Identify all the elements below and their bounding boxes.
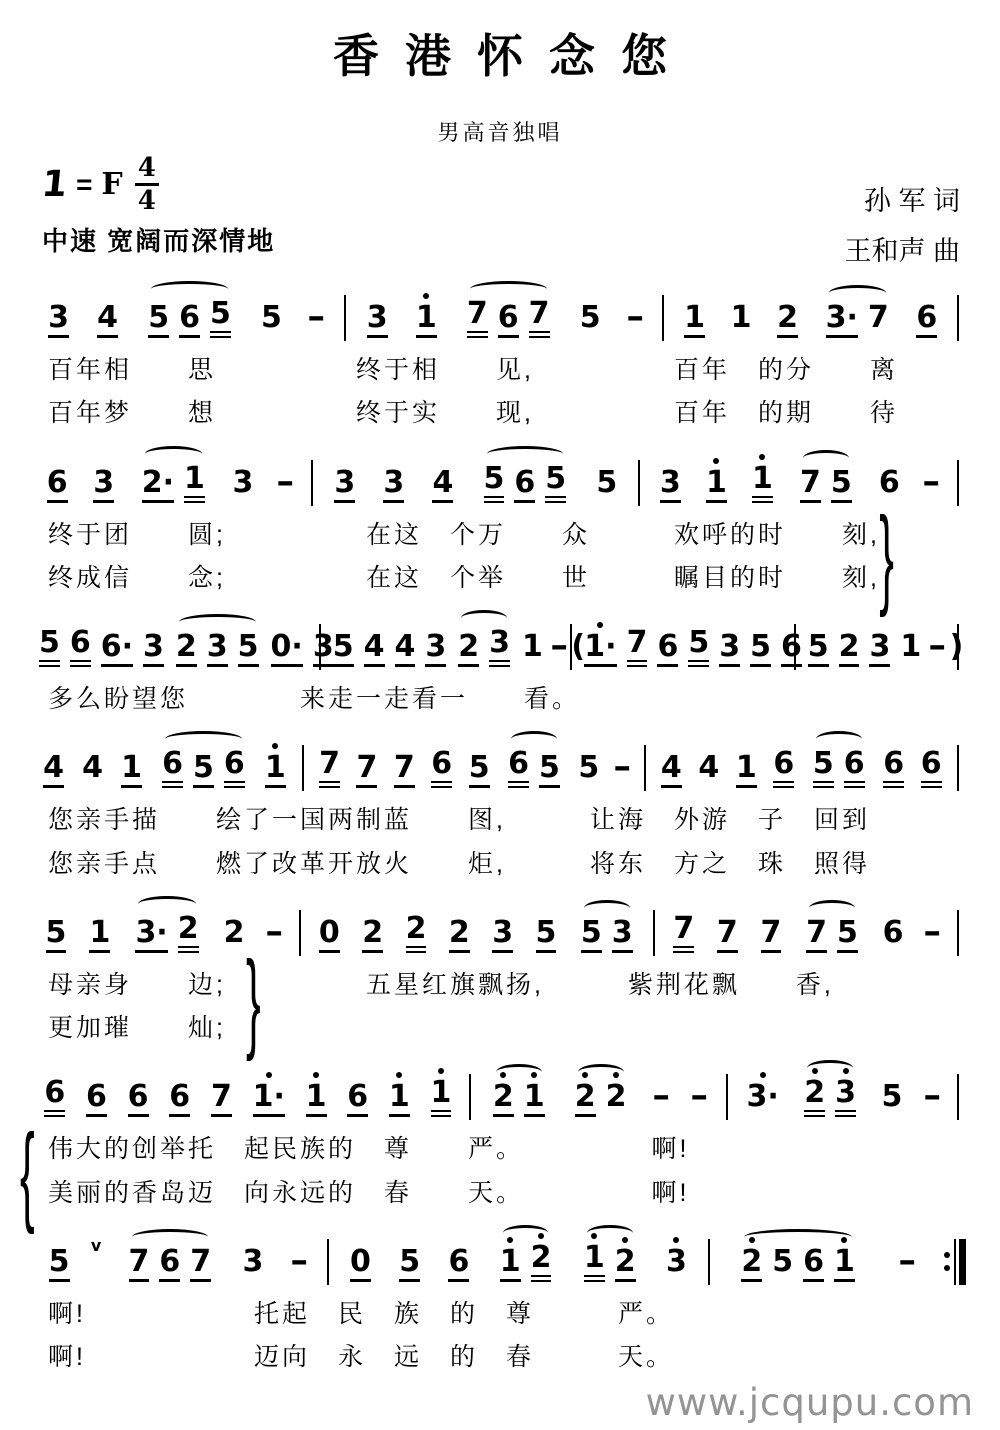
note: 2 <box>803 1060 826 1122</box>
note: 5 <box>332 614 355 672</box>
note: - <box>900 1229 914 1287</box>
slur: 2561 <box>736 1229 860 1287</box>
note: 7 <box>760 900 783 958</box>
note-digit: 5 <box>881 1082 902 1117</box>
note-digit: 2 <box>406 914 427 953</box>
octave-dot <box>423 293 429 299</box>
measure: 666671·1611 <box>34 1060 462 1122</box>
note: 6 <box>780 614 803 672</box>
note: 6 <box>158 1229 181 1287</box>
note-digit: 7 <box>627 628 648 667</box>
note: - <box>924 450 938 508</box>
slur: 565 <box>479 446 572 508</box>
note-digit: 6 <box>448 1247 469 1282</box>
note: 5 <box>209 281 232 343</box>
note-digit: 1 <box>900 632 921 667</box>
note: 3 <box>142 614 165 672</box>
lyric-row: 百年梦 想 终于实 现, 百年 的期 待 <box>48 398 966 429</box>
note-digit: 2 <box>777 303 798 338</box>
note: 4 <box>394 614 417 672</box>
note-digit: 1 <box>736 753 757 788</box>
note-digit: 7 <box>211 1082 232 1117</box>
note: 4 <box>81 735 104 793</box>
slur: 565 <box>143 281 236 343</box>
note: 2 <box>175 614 198 672</box>
note-digit: 1 <box>389 1082 410 1117</box>
note: 1 <box>705 450 728 508</box>
note-digit: 6 <box>773 749 794 788</box>
note-digit: - <box>898 1247 917 1282</box>
note-digit: 5 <box>39 628 60 667</box>
note: 6 <box>447 1229 470 1287</box>
note: 6 <box>915 285 938 343</box>
note: 3 <box>665 1229 688 1287</box>
note: - <box>654 1064 668 1122</box>
note-digit: 6 <box>514 468 535 503</box>
note-digit: 6 <box>921 749 942 788</box>
note-digit: ) <box>950 632 964 667</box>
lyric-brace: } <box>246 941 261 1066</box>
note: 3· <box>825 285 859 343</box>
equals-sign: = <box>76 169 92 201</box>
note-digit: 6 <box>347 1082 368 1117</box>
slur: 56 <box>808 731 870 793</box>
note-digit: 2 <box>178 914 199 953</box>
barline <box>662 295 664 341</box>
note-digit: - <box>626 303 645 338</box>
note: 7 <box>128 1229 151 1287</box>
note-digit: 7 <box>394 753 415 788</box>
octave-dot <box>713 458 719 464</box>
note-digit: 6 <box>883 918 904 953</box>
note: 3 <box>92 450 115 508</box>
note-digit: 5 <box>750 632 771 667</box>
measure: 44165666 <box>653 731 950 793</box>
note-digit: - <box>928 632 947 667</box>
note-digit: 2 <box>839 632 860 667</box>
note-digit: 3 <box>425 632 446 667</box>
note: 6 <box>223 731 246 793</box>
measure: 4416561 <box>34 731 295 793</box>
note: 1 <box>183 446 206 508</box>
octave-dot <box>438 1068 444 1074</box>
lyric-row: 美丽的香岛迈 向永远的 春 天。 啊! <box>48 1178 966 1209</box>
lyric-row: 母亲身 边; 五星红旗飘扬, 紫荆花飘 香, <box>48 970 966 1001</box>
slur: 3·2 <box>130 896 203 958</box>
note-digit: 5 <box>484 464 505 503</box>
note: 2 <box>605 1064 628 1122</box>
note: 1 <box>430 1060 453 1122</box>
octave-dot <box>841 1237 847 1243</box>
note: 2 <box>530 1225 553 1287</box>
note: 1 <box>683 285 706 343</box>
lyric-row: 您亲手点 燃了改革开放火 炬, 将东 方之 珠 照得 <box>48 849 966 880</box>
note: 7 <box>355 735 378 793</box>
note-digit: 0· <box>271 632 303 667</box>
note-digit: - <box>613 753 632 788</box>
note-digit: 6 <box>498 303 519 338</box>
measure: 2561- <box>717 1229 936 1287</box>
note-digit: 6 <box>916 303 937 338</box>
note: - <box>692 1064 706 1122</box>
lyricist-credit: 孙 军 词 <box>844 177 960 227</box>
note-digit: 3 <box>93 468 114 503</box>
note: 1 <box>415 285 438 343</box>
key-letter: F <box>101 167 122 202</box>
octave-dot <box>591 1233 597 1239</box>
rest-note: 0· <box>270 614 304 672</box>
note: 5 <box>535 900 558 958</box>
note-digit: 3 <box>869 632 890 667</box>
note-digit: 0 <box>319 918 340 953</box>
note: 6 <box>46 450 69 508</box>
note-digit: 3 <box>207 632 228 667</box>
end-repeat-barline <box>944 1239 966 1285</box>
note-digit: 6 <box>179 303 200 338</box>
note-digit: 5 <box>831 468 852 503</box>
octave-dot <box>812 1068 818 1074</box>
note: 6 <box>843 731 866 793</box>
note: 7 <box>867 285 890 343</box>
note-digit: 1 <box>706 468 727 503</box>
note-digit: 1 <box>306 1082 327 1117</box>
note-digit: 7 <box>761 918 782 953</box>
note-digit: - <box>652 1082 671 1117</box>
note-digit: v <box>91 1238 101 1256</box>
note: 6 <box>513 450 536 508</box>
note: 6 <box>127 1064 150 1122</box>
note-digit: - <box>290 1247 309 1282</box>
octave-dot <box>749 1237 755 1243</box>
note-digit: 2 <box>741 1247 762 1282</box>
note-digit: 7 <box>800 468 821 503</box>
notes-row: 566·32350·35443231-(1·7653565231-) <box>34 610 966 672</box>
note-digit: 2 <box>176 632 197 667</box>
note-digit: 7 <box>806 918 827 953</box>
note-digit: - <box>307 303 326 338</box>
slur: 23 <box>453 610 515 672</box>
note-digit: - <box>550 632 569 667</box>
slur: 3·7 <box>821 285 894 343</box>
note: 2 <box>492 1064 515 1122</box>
note: 6 <box>43 1060 66 1122</box>
note: 6 <box>69 610 92 672</box>
note-digit: 2 <box>493 1082 514 1117</box>
note-digit: 3· <box>135 918 167 953</box>
note: 5 <box>807 614 830 672</box>
slur: 235 <box>171 614 264 672</box>
measure: 05612123 <box>336 1225 701 1287</box>
note: 7 <box>626 610 649 672</box>
score-system: }513·22-02223553777756-母亲身 边; 五星红旗飘扬, 紫荆… <box>34 896 966 1045</box>
note: 6 <box>882 731 905 793</box>
note: 3 <box>424 614 447 672</box>
note: - <box>925 1064 939 1122</box>
note: 3 <box>47 285 70 343</box>
note-digit: 1 <box>184 464 205 503</box>
measure: 1·765356 <box>579 610 787 672</box>
note: 6 <box>878 450 901 508</box>
octave-dot <box>613 1072 619 1078</box>
note: 2 <box>361 900 384 958</box>
note-digit: 4 <box>661 753 682 788</box>
note-digit: 3 <box>334 468 355 503</box>
note-digit: 7 <box>190 1247 211 1282</box>
credits: 孙 军 词 王和声 曲 <box>844 177 960 277</box>
octave-dot <box>507 1237 513 1243</box>
note-digit: 5 <box>469 753 490 788</box>
barline <box>344 295 346 341</box>
note: 3 <box>868 614 891 672</box>
note: 1 <box>833 1229 856 1287</box>
lyric-row: 多么盼望您 来走一走看一 看。 <box>48 684 966 715</box>
note-digit: 7 <box>717 918 738 953</box>
note: 5 <box>237 614 260 672</box>
note-digit: 5 <box>238 632 259 667</box>
note-digit: 2 <box>606 1082 627 1117</box>
barline <box>957 1074 959 1120</box>
composer-credit: 王和声 曲 <box>844 227 960 277</box>
note: 7 <box>466 281 489 343</box>
note: 2 <box>740 1229 763 1287</box>
measure: 3345655 <box>320 446 631 508</box>
note-digit: - <box>923 918 942 953</box>
note-digit: 1 <box>524 1082 545 1117</box>
note-digit: 4 <box>395 632 416 667</box>
note-digit: 1· <box>253 1082 285 1117</box>
note: 4 <box>660 735 683 793</box>
note-digit: 1 <box>752 464 773 503</box>
note: 7 <box>672 896 695 958</box>
note-digit: 3 <box>242 1247 263 1282</box>
note-digit: 6 <box>431 749 452 788</box>
octave-dot <box>266 1072 272 1078</box>
notes-row: 632·13-3345655311756- <box>34 446 966 508</box>
note: 1 <box>730 285 753 343</box>
note-digit: 4 <box>432 468 453 503</box>
notes-row: 666671·16112122--3·235- <box>34 1060 966 1122</box>
note: 5 <box>45 900 68 958</box>
slur: 767 <box>462 281 555 343</box>
note: 1 <box>583 1225 606 1287</box>
note-digit: 3· <box>747 1082 779 1117</box>
note-digit: 2 <box>575 1082 596 1117</box>
breath-mark: v <box>90 1220 102 1261</box>
score-system: }632·13-3345655311756-终于团 圆; 在这 个万 众 欢呼的… <box>34 446 966 595</box>
note: - <box>615 735 629 793</box>
lyric-row: 啊! 迈向 永 远 的 春 天。 <box>48 1342 966 1373</box>
sheet-music-page: 香港怀念您 男高音独唱 1 = F 4 4 中速 宽阔而深情地 孙 军 词 王和… <box>0 0 1000 1430</box>
note-digit: 5 <box>596 468 617 503</box>
note: - <box>552 614 566 672</box>
note: 4 <box>96 285 119 343</box>
note-digit: 4 <box>698 753 719 788</box>
note: 3 <box>488 610 511 672</box>
lyric-row: 百年相 思 终于相 见, 百年 的分 离 <box>48 355 966 386</box>
octave-dot <box>759 454 765 460</box>
note-digit: 3 <box>492 918 513 953</box>
note-digit: 5 <box>539 753 560 788</box>
note-digit: 3 <box>612 918 633 953</box>
note-digit: 7 <box>529 299 550 338</box>
note: 5 <box>544 446 567 508</box>
octave-dot <box>760 1072 766 1078</box>
note: 4 <box>42 735 65 793</box>
barline <box>644 745 646 791</box>
note-digit: 1 <box>416 303 437 338</box>
octave-dot <box>597 622 603 628</box>
octave-dot <box>500 1072 506 1078</box>
song-subtitle: 男高音独唱 <box>0 116 1000 147</box>
barline <box>957 460 959 506</box>
note: 6 <box>920 731 943 793</box>
note: 5 <box>771 1229 794 1287</box>
note: - <box>267 900 281 958</box>
barline <box>726 1074 728 1120</box>
note: 1 <box>388 1064 411 1122</box>
note: 3 <box>611 900 634 958</box>
note: 2 <box>614 1229 637 1287</box>
notes-row: 441656177765655-44165666 <box>34 731 966 793</box>
note-digit: 5 <box>813 749 834 788</box>
note: 5 <box>260 285 283 343</box>
note: 3 <box>659 450 682 508</box>
slur: 21 <box>488 1064 550 1122</box>
note: 6 <box>772 731 795 793</box>
note: 3 <box>718 614 741 672</box>
note: 5 <box>483 446 506 508</box>
note-digit: 3 <box>313 632 334 667</box>
note: 6 <box>656 614 679 672</box>
note: 5 <box>538 735 561 793</box>
note: 6 <box>85 1064 108 1122</box>
note: 3 <box>491 900 514 958</box>
note: 7 <box>716 900 739 958</box>
note-digit: 1 <box>684 303 705 338</box>
measure: 777756- <box>662 896 950 958</box>
note-digit: 6 <box>224 749 245 788</box>
measure: 311756- <box>647 446 950 508</box>
measure: 5231-) <box>803 614 951 672</box>
note: 2 <box>177 896 200 958</box>
note-digit: 1 <box>265 753 286 788</box>
note-digit: 1 <box>522 632 543 667</box>
octave-dot <box>538 1233 544 1239</box>
note-digit: 3 <box>666 1247 687 1282</box>
measure: 5v7673- <box>34 1229 320 1287</box>
score-system: 345655-317675-1123·76百年相 思 终于相 见, 百年 的分 … <box>34 281 966 430</box>
slur: 75 <box>795 450 857 508</box>
octave-dot <box>272 743 278 749</box>
octave-dot <box>531 1072 537 1078</box>
note: 5 <box>577 735 600 793</box>
tempo-marking: 中速 宽阔而深情地 <box>42 221 275 258</box>
score-system: 566·32350·35443231-(1·7653565231-)多么盼望您 … <box>34 610 966 715</box>
rest-note: 0 <box>318 900 341 958</box>
note-digit: 6 <box>879 468 900 503</box>
note-digit: 5 <box>333 632 354 667</box>
note-digit: - <box>690 1082 709 1117</box>
slur: 12 <box>495 1225 557 1287</box>
note: 3 <box>231 450 254 508</box>
meta-block: 1 = F 4 4 中速 宽阔而深情地 孙 军 词 王和声 曲 <box>0 155 1000 275</box>
note: 5 <box>836 900 859 958</box>
note-digit: 7 <box>868 303 889 338</box>
slur: 2·1 <box>137 446 210 508</box>
note: 3 <box>241 1229 264 1287</box>
score-system: 441656177765655-44165666您亲手描 绘了一国两制蓝 图, … <box>34 731 966 880</box>
note-digit: 5 <box>193 753 214 788</box>
note: ) <box>949 614 965 672</box>
lyric-row: 终于团 圆; 在这 个万 众 欢呼的时 刻, <box>48 520 966 551</box>
note-digit: 7 <box>319 749 340 788</box>
note: 3 <box>382 450 405 508</box>
note-digit: 3 <box>489 628 510 667</box>
score-system: {666671·16112122--3·235-伟大的创举托 起民族的 尊 严。… <box>34 1060 966 1209</box>
key-tonic: 1 <box>40 164 69 205</box>
barline <box>957 910 959 956</box>
note: 1 <box>899 614 922 672</box>
note: 2 <box>448 900 471 958</box>
measure: 02223553 <box>308 896 646 958</box>
note: 3· <box>134 900 168 958</box>
note: 2 <box>405 896 428 958</box>
song-title: 香港怀念您 <box>0 0 1000 86</box>
note-digit: 3 <box>660 468 681 503</box>
note-digit: 2 <box>449 918 470 953</box>
note: 3· <box>746 1064 780 1122</box>
notes-row: 5v7673-056121232561- <box>34 1225 966 1287</box>
note: 1· <box>583 614 617 672</box>
note: 1 <box>735 735 758 793</box>
measure: 5443231-( <box>328 610 564 672</box>
time-signature: 4 4 <box>135 155 159 214</box>
note-digit: 5 <box>837 918 858 953</box>
notes-row: 345655-317675-1123·76 <box>34 281 966 343</box>
slur: 656 <box>157 731 250 793</box>
note-digit: 6 <box>86 1082 107 1117</box>
note-digit: 3 <box>719 632 740 667</box>
note-digit: 4 <box>364 632 385 667</box>
note-digit: 6 <box>47 468 68 503</box>
note-digit: 1 <box>731 303 752 338</box>
note-digit: 6 <box>44 1078 65 1117</box>
note-digit: 4 <box>43 753 64 788</box>
note-digit: 3· <box>826 303 858 338</box>
barline <box>638 460 640 506</box>
note-digit: 6 <box>803 1247 824 1282</box>
measure: 317675- <box>353 281 656 343</box>
note-digit: 5 <box>261 303 282 338</box>
note-digit: - <box>276 468 295 503</box>
octave-dot <box>582 1072 588 1078</box>
repeat-dots <box>944 1239 950 1285</box>
note-digit: 6 <box>657 632 678 667</box>
note-digit: 7 <box>356 753 377 788</box>
barline <box>469 1074 471 1120</box>
note: 3 <box>834 1060 857 1122</box>
note: 7 <box>805 900 828 958</box>
note-digit: 6 <box>128 1082 149 1117</box>
note: 7 <box>799 450 822 508</box>
note-digit: - <box>923 1082 942 1117</box>
note-digit: 3 <box>367 303 388 338</box>
lyric-brace: { <box>20 1113 35 1238</box>
note: 2 <box>457 614 480 672</box>
lyric-row: 更加璀 灿; <box>48 1013 966 1044</box>
note: 5 <box>687 610 710 672</box>
barline <box>957 745 959 791</box>
